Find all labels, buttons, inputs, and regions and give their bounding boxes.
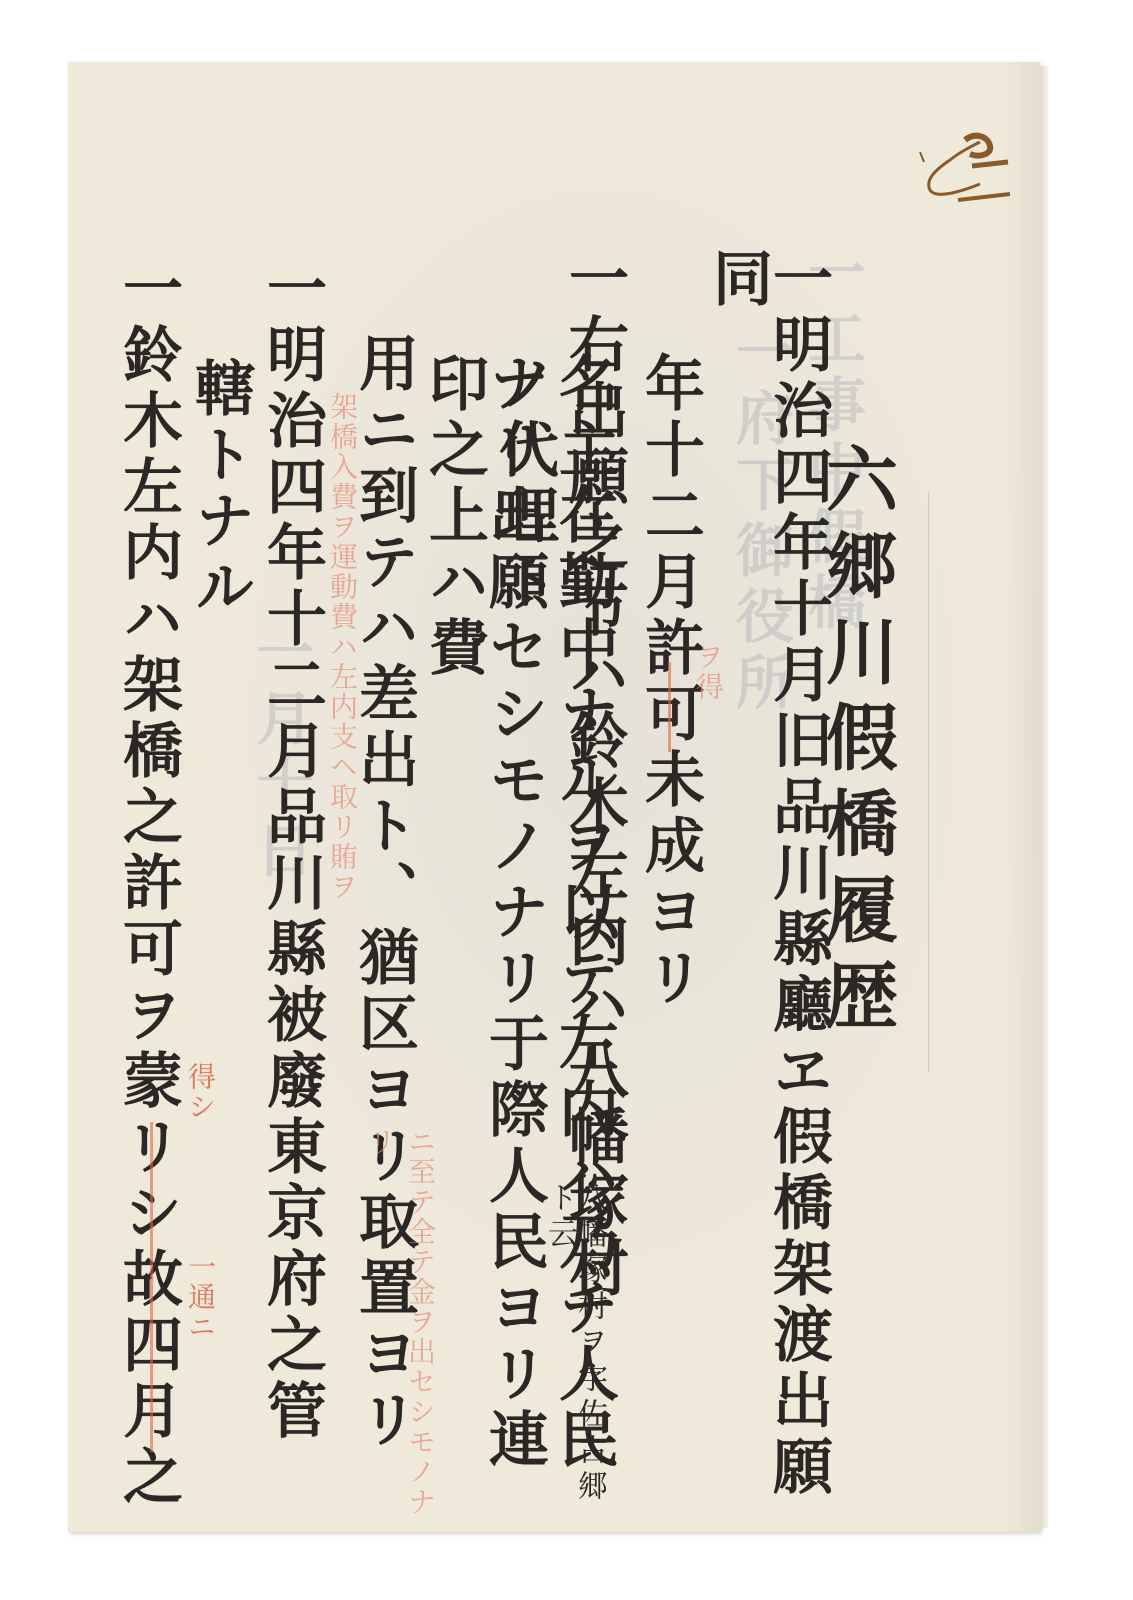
page-edge xyxy=(1040,66,1048,1528)
text-column-7: 一明治四年十二月品川縣被廢東京府之管 xyxy=(262,257,322,1445)
text-column-9: 一鈴木左内ハ架橋之許可ヲ蒙リシ故四月之 xyxy=(118,257,178,1511)
brush-mark-icon xyxy=(910,122,1020,212)
red-annotation-1: ヲ得 xyxy=(688,642,728,702)
red-annotation-3: ニ至テ全テ金ヲ出セシモノナリ xyxy=(360,1127,440,1532)
text-column-5: ナリ出願セシモノナリ于際人民ヨリ連印之上ハ費 xyxy=(424,352,544,1532)
document-page: 一工事中假橋 一府下御役所 一月十日 六郷川假橋履歴 一明治四年十月旧品川縣廳ヱ… xyxy=(68,62,1040,1532)
fold-line xyxy=(928,492,931,1072)
red-annotation-5: 一通ニ xyxy=(180,1252,220,1342)
page-number-mark xyxy=(910,122,1020,212)
red-correction-line xyxy=(150,1122,153,1452)
text-column-8: 轄トナル xyxy=(190,357,250,621)
red-annotation-2: 架橋入費ヲ運動費ハ左内支ヘ取リ賄ヲ xyxy=(322,392,362,902)
text-column-1: 一明治四年十月旧品川縣廳ヱ假橋架渡出願同 xyxy=(708,247,828,1532)
red-annotation-4: 得シ xyxy=(180,1062,220,1122)
red-correction-line xyxy=(668,662,671,752)
